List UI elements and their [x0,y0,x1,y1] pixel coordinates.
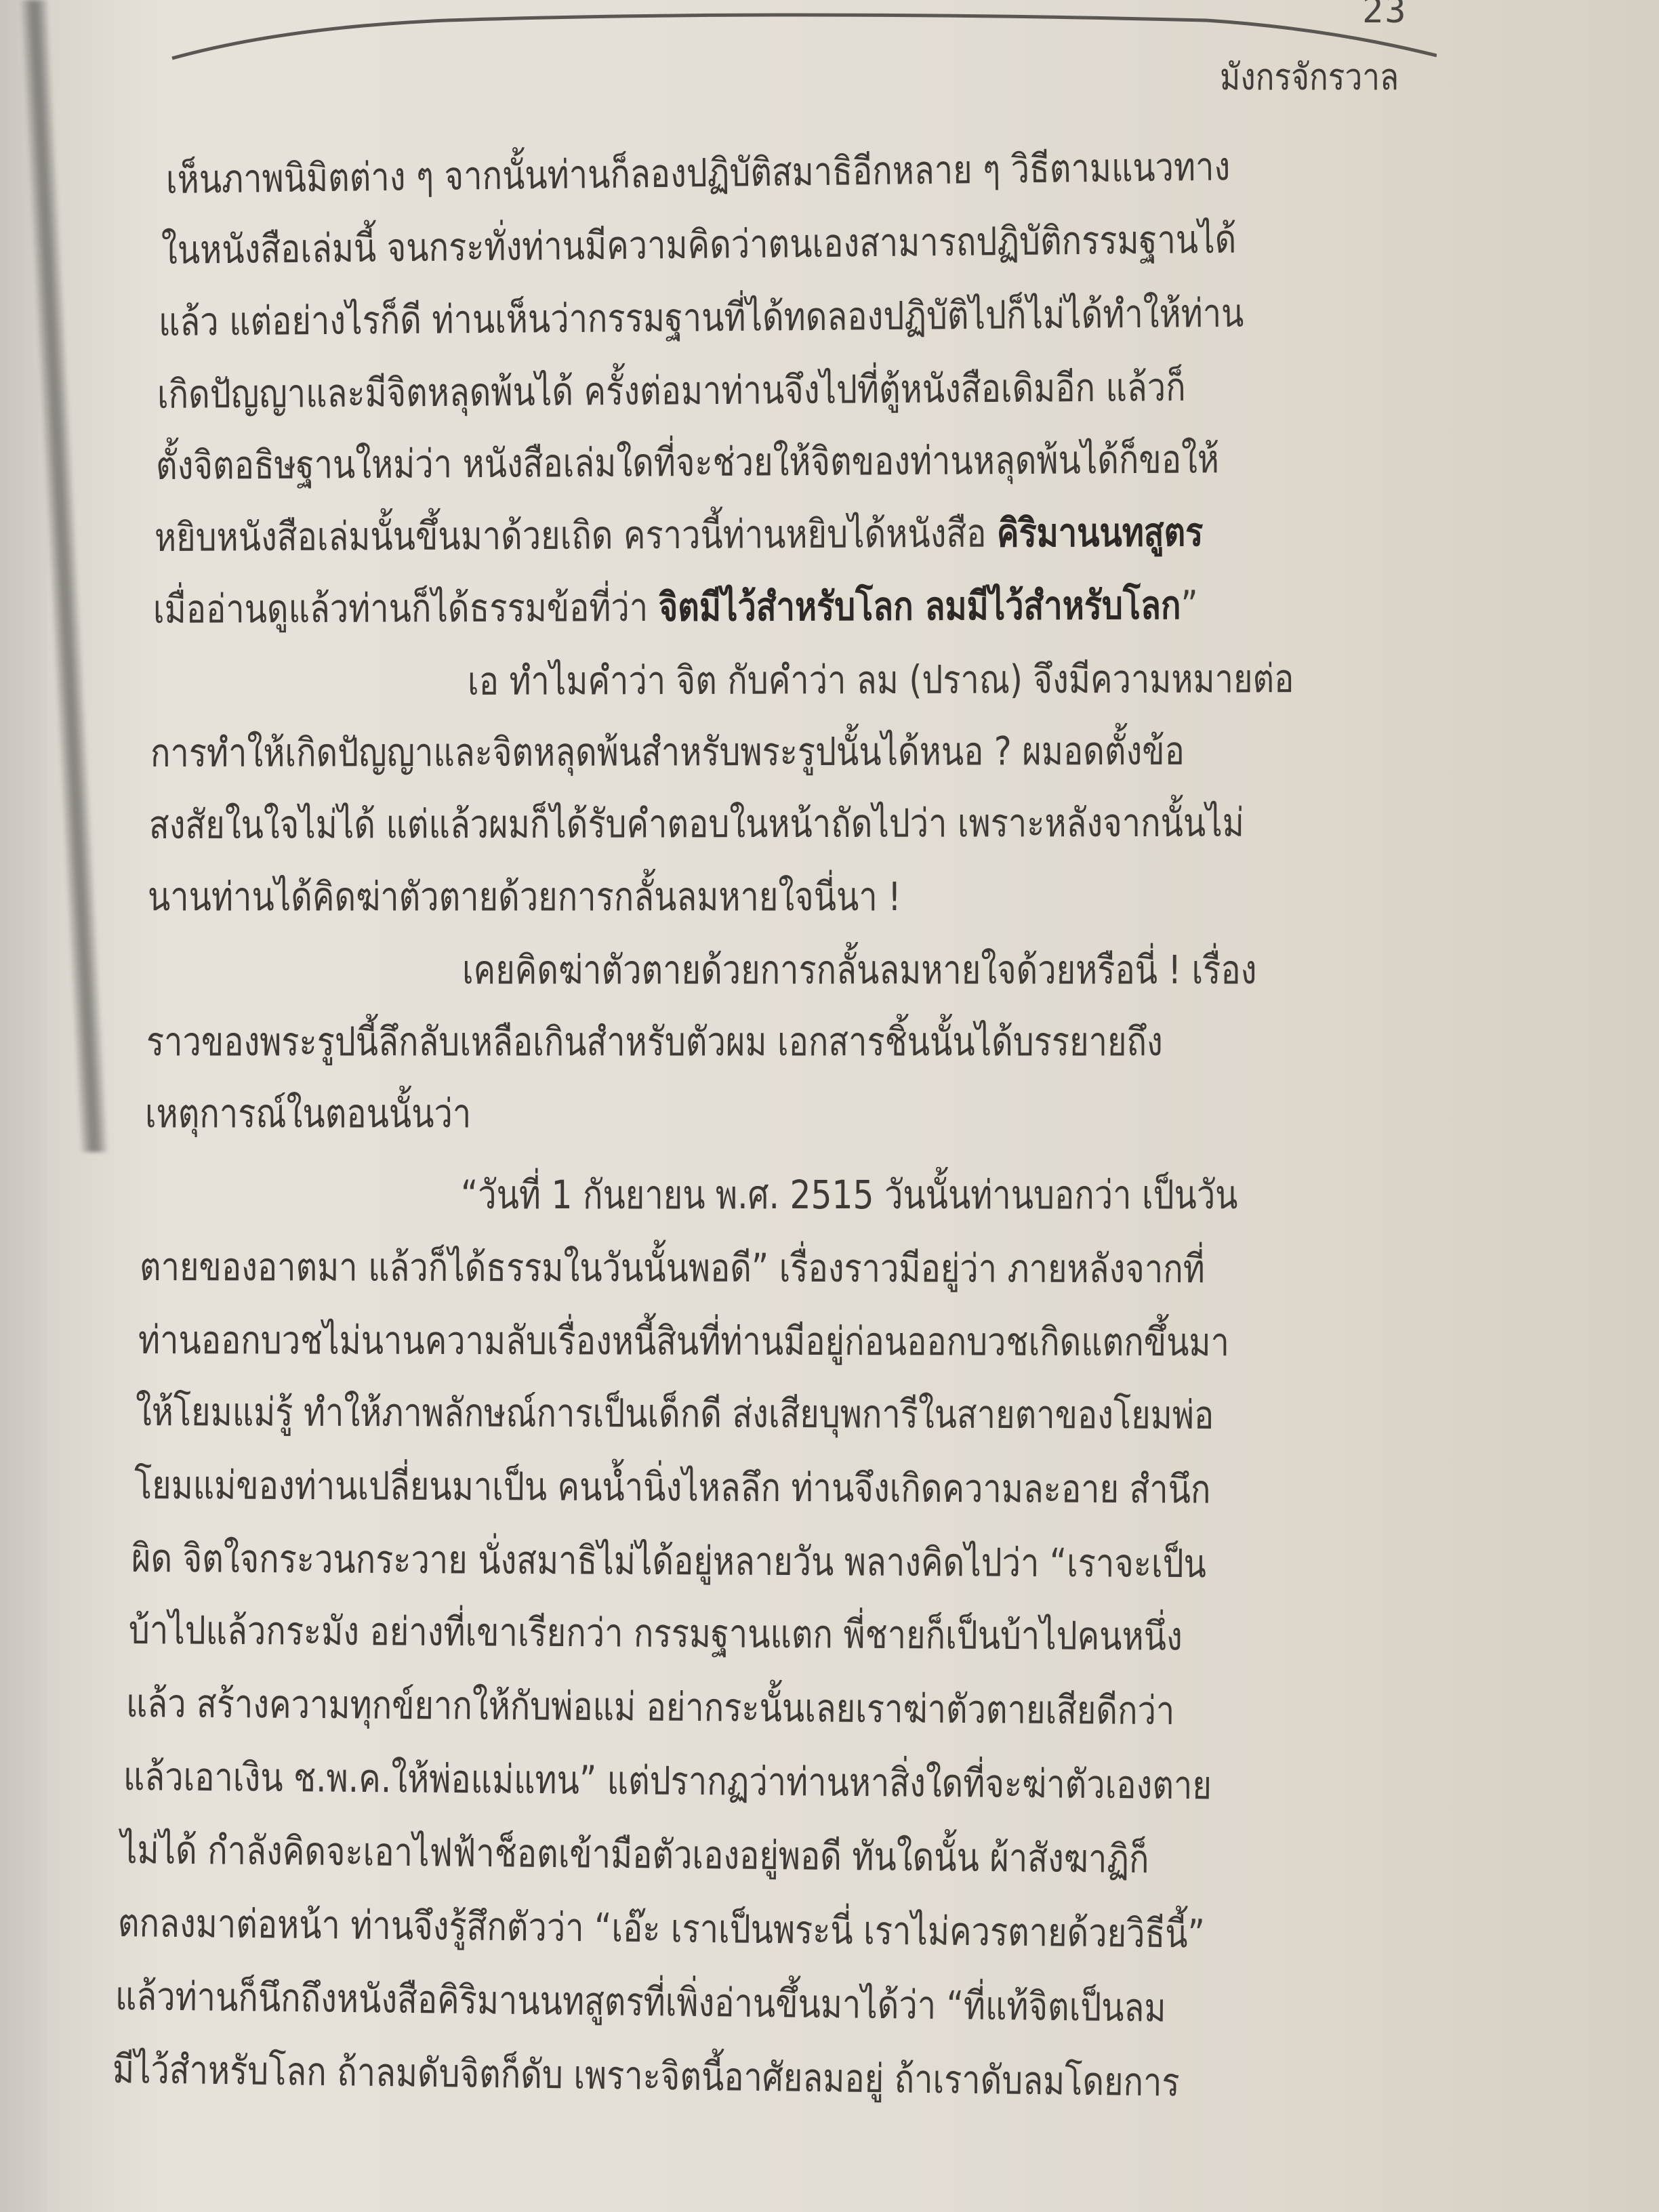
text-line: นานท่านได้คิดฆ่าตัวตายด้วยการกลั้นลมหายใ… [148,865,901,928]
text-line: แล้ว แต่อย่างไรก็ดี ท่านเห็นว่ากรรมฐานที… [159,281,1244,353]
text-line: ราวของพระรูปนี้ลึกลับเหลือเกินสำหรับตัวผ… [146,1010,1163,1073]
text-line: เห็นภาพนิมิตต่าง ๆ จากนั้นท่านก็ลองปฏิบั… [166,134,1231,211]
text-line: การทำให้เกิดปัญญาและจิตหลุดพ้นสำหรับพระร… [150,719,1185,784]
text-line: เหตุการณ์ในตอนนั้นว่า [145,1082,471,1145]
text-line: ตายของอาตมา แล้วก็ได้ธรรมในวันนั้นพอดี” … [140,1235,1205,1300]
text-line: ให้โยมแม่รู้ ทำให้ภาพลักษณ์การเป็นเด็กดี… [136,1380,1214,1446]
text-line: เอ ทำไมคำว่า จิต กับคำว่า ลม (ปราณ) จึงม… [468,647,1294,712]
text-line: เมื่ออ่านดูแล้วท่านก็ได้ธรรมข้อที่ว่า จิ… [153,573,1198,640]
text-line: ตั้งจิตอธิษฐานใหม่ว่า หนังสือเล่มใดที่จะ… [156,427,1219,497]
text-line: ไม่ได้ กำลังคิดจะเอาไฟฟ้าช็อตเข้ามือตัวเ… [121,1818,1149,1890]
text-line: แล้วเอาเงิน ช.พ.ค.ให้พ่อแม่แทน” แต่ปรากฏ… [123,1744,1212,1816]
body-text: เห็นภาพนิมิตต่าง ๆ จากนั้นท่านก็ลองปฏิบั… [0,0,1659,2212]
text-line: ในหนังสือเล่มนี้ จนกระทั่งท่านมีความคิดว… [161,207,1237,281]
text-line: หยิบหนังสือเล่มนั้นขึ้นมาด้วยเถิด คราวนี… [155,500,1204,569]
text-line: ท่านออกบวชไม่นานความลับเรื่องหนี้สินที่ท… [138,1308,1229,1373]
text-line: เคยคิดฆ่าตัวตายด้วยการกลั้นลมหายใจด้วยหร… [462,938,1256,1001]
book-title-bold: คิริมานนทสูตร [997,509,1204,556]
text-line: สงสัยในใจไม่ได้ แต่แล้วผมก็ได้รับคำตอบใน… [149,791,1244,856]
text-line: มีไว้สำหรับโลก ถ้าลมดับจิตก็ดับ เพราะจิต… [112,2037,1180,2114]
book-page: 23 มังกรจักรวาล เห็นภาพนิมิตต่าง ๆ จากนั… [0,0,1659,2212]
text-line: ผิด จิตใจกระวนกระวาย นั่งสมาธิไม่ได้อยู่… [131,1526,1206,1595]
text-line: ตกลงมาต่อหน้า ท่านจึงรู้สึกตัวว่า “เอ๊ะ … [118,1891,1206,1965]
text-line: โยมแม่ของท่านเปลี่ยนมาเป็น คนน้ำนิ่งไหลล… [134,1453,1211,1521]
text-line: เกิดปัญญาและมีจิตหลุดพ้นได้ ครั้งต่อมาท่… [157,355,1186,426]
text-line: “วันที่ 1 กันยายน พ.ศ. 2515 วันนั้นท่านบ… [461,1163,1237,1226]
text-line: แล้ว สร้างความทุกข์ยากให้กับพ่อแม่ อย่าก… [126,1671,1175,1742]
text-line: บ้าไปแล้วกระมัง อย่างที่เขาเรียกว่า กรรม… [129,1598,1183,1668]
quote-bold: จิตมีไว้สำหรับโลก ลมมีไว้สำหรับโลก [659,582,1181,630]
text-line: แล้วท่านก็นึกถึงหนังสือคิริมานนทสูตรที่เ… [115,1964,1166,2039]
